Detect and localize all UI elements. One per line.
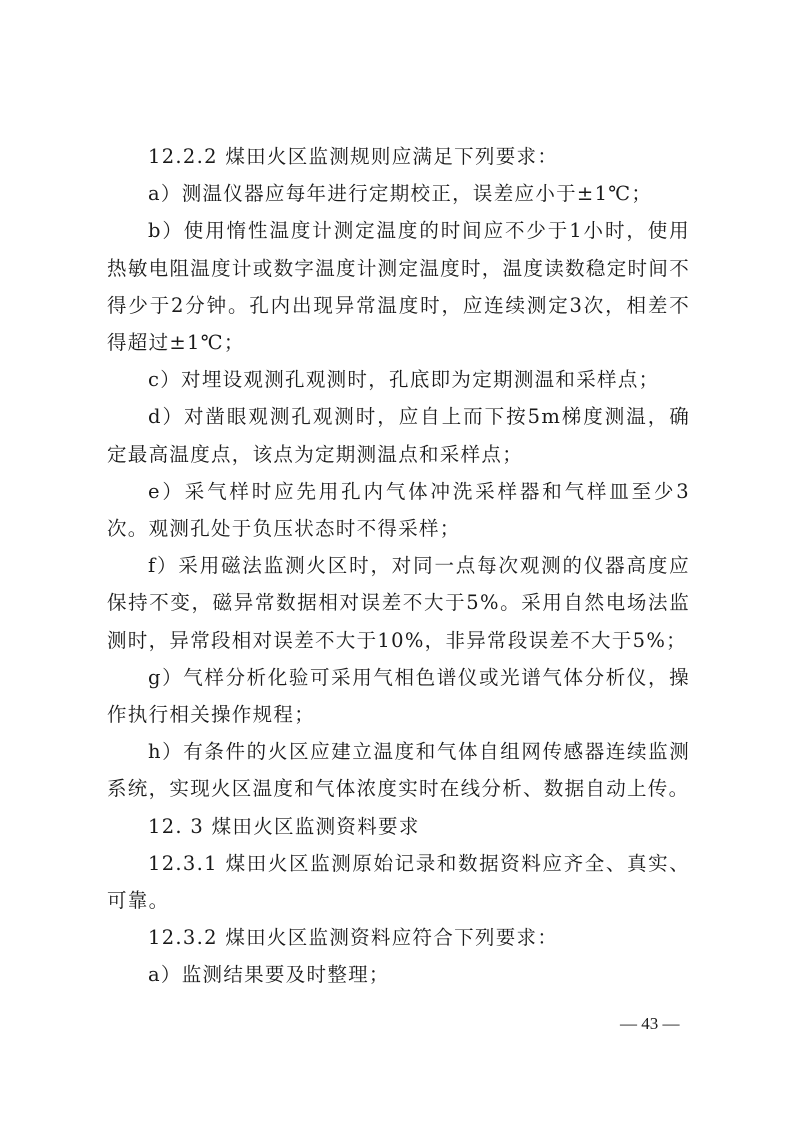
item-b-thermometer: b）使用惰性温度计测定温度的时间应不少于1小时，使用热敏电阻温度计或数字温度计测… bbox=[107, 212, 690, 361]
item-e-gas-sampling: e）采气样时应先用孔内气体冲洗采样器和气样皿至少3次。观测孔处于负压状态时不得采… bbox=[107, 473, 690, 547]
document-page: 12.2.2 煤田火区监测规则应满足下列要求： a）测温仪器应每年进行定期校正，… bbox=[107, 138, 690, 994]
section-12-3-heading: 12. 3 煤田火区监测资料要求 bbox=[107, 808, 690, 845]
item-d-drilled-hole: d）对凿眼观测孔观测时，应自上而下按5m梯度测温，确定最高温度点，该点为定期测温… bbox=[107, 398, 690, 472]
item-a-organize-results: a）监测结果要及时整理； bbox=[107, 956, 690, 993]
clause-12-3-2-heading: 12.3.2 煤田火区监测资料应符合下列要求： bbox=[107, 919, 690, 956]
clause-12-2-2-heading: 12.2.2 煤田火区监测规则应满足下列要求： bbox=[107, 138, 690, 175]
item-a-calibration: a）测温仪器应每年进行定期校正，误差应小于±1℃； bbox=[107, 175, 690, 212]
item-g-gas-analysis: g）气样分析化验可采用气相色谱仪或光谱气体分析仪，操作执行相关操作规程； bbox=[107, 659, 690, 733]
item-f-magnetic-method: f）采用磁法监测火区时，对同一点每次观测的仪器高度应保持不变，磁异常数据相对误差… bbox=[107, 547, 690, 659]
item-c-buried-hole: c）对埋设观测孔观测时，孔底即为定期测温和采样点； bbox=[107, 361, 690, 398]
item-h-sensor-network: h）有条件的火区应建立温度和气体自组网传感器连续监测系统，实现火区温度和气体浓度… bbox=[107, 733, 690, 807]
clause-12-3-1: 12.3.1 煤田火区监测原始记录和数据资料应齐全、真实、可靠。 bbox=[107, 845, 690, 919]
page-number: — 43 — bbox=[620, 1014, 680, 1034]
